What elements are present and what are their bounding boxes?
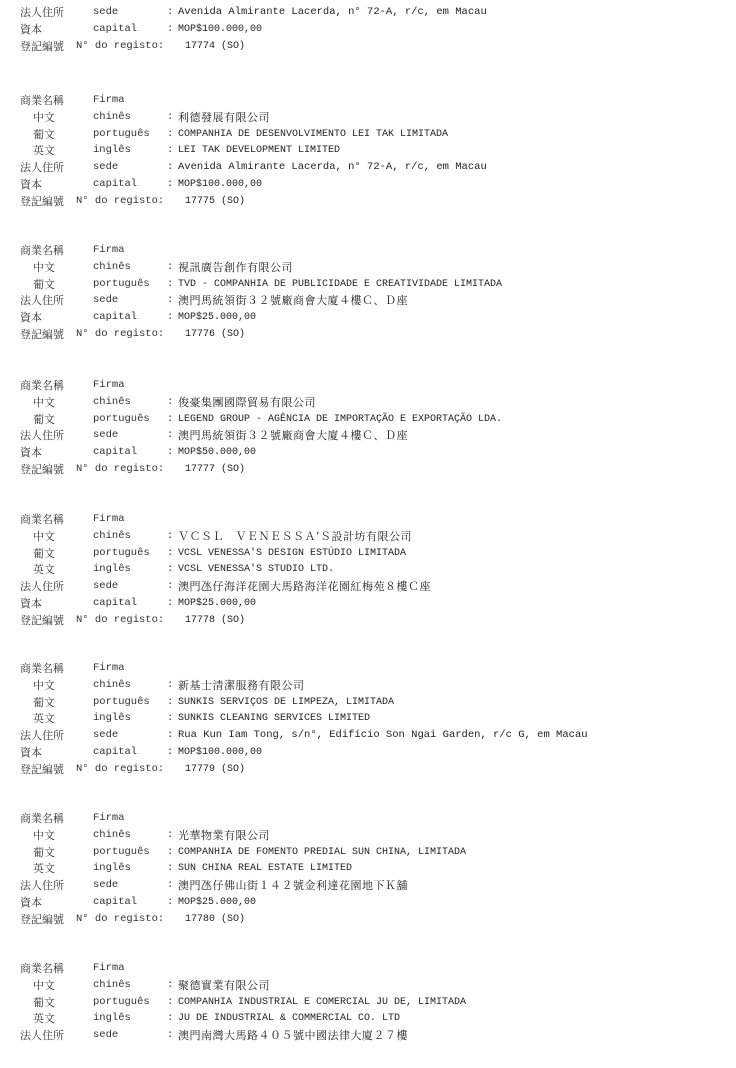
colon-separator: : (167, 877, 173, 894)
chines-value: 視訊廣告創作有限公司 (178, 259, 293, 276)
colon-separator: : (167, 176, 173, 193)
portugues-value: SUNKIS SERVIÇOS DE LIMPEZA, LIMITADA (178, 694, 394, 711)
registo-value: 17775 (SO) (185, 193, 245, 210)
sede-value: Avenida Almirante Lacerda, n° 72-A, r/c,… (178, 4, 487, 21)
firma-label-zh: 商業名稱 (20, 511, 64, 528)
chines-label-pt: chinês (93, 394, 131, 411)
sede-value: 澳門馬統領街３２號廠商會大廈４樓Ｃ、Ｄ座 (178, 292, 408, 309)
firma-label-pt: Firma (93, 377, 125, 394)
colon-separator: : (167, 276, 173, 293)
capital-label-zh: 資本 (20, 176, 42, 193)
sede-label-pt: sede (93, 727, 118, 744)
sede-value: 澳門氹仔海洋花園大馬路海洋花園紅梅苑８樓Ｃ座 (178, 578, 431, 595)
firma-label-pt: Firma (93, 92, 125, 109)
chines-value: 新基士清潔服務有限公司 (178, 677, 305, 694)
ingles-value: SUNKIS CLEANING SERVICES LIMITED (178, 710, 370, 727)
capital-label-pt: capital (93, 176, 137, 193)
capital-label-pt: capital (93, 744, 137, 761)
colon-separator: : (167, 394, 173, 411)
colon-separator: : (167, 528, 173, 545)
ingles-label-pt: inglês (93, 561, 131, 578)
sede-value: 澳門氹仔佛山街１４２號金利達花園地下Ｋ舖 (178, 877, 408, 894)
colon-separator: : (167, 1027, 173, 1044)
capital-label-zh: 資本 (20, 595, 42, 612)
sede-label-zh: 法人住所 (20, 427, 64, 444)
firma-label-zh: 商業名稱 (20, 960, 64, 977)
chines-label-pt: chinês (93, 677, 131, 694)
ingles-value: VCSL VENESSA'S STUDIO LTD. (178, 561, 334, 578)
colon-separator: : (167, 595, 173, 612)
portugues-label-pt: português (93, 545, 150, 562)
registo-label-pt: N° do registo: (76, 193, 164, 210)
registo-label-zh: 登記編號 (20, 38, 64, 55)
portugues-label-zh: 葡文 (33, 994, 55, 1011)
portugues-value: TVD - COMPANHIA DE PUBLICIDADE E CREATIV… (178, 276, 502, 293)
ingles-value: JU DE INDUSTRIAL & COMMERCIAL CO. LTD (178, 1010, 400, 1027)
colon-separator: : (167, 977, 173, 994)
colon-separator: : (167, 561, 173, 578)
portugues-value: COMPANHIA DE FOMENTO PREDIAL SUN CHINA, … (178, 844, 466, 861)
registo-label-pt: N° do registo: (76, 761, 164, 778)
colon-separator: : (167, 159, 173, 176)
registo-value: 17779 (SO) (185, 761, 245, 778)
ingles-label-zh: 英文 (33, 710, 55, 727)
capital-label-zh: 資本 (20, 444, 42, 461)
registo-label-zh: 登記編號 (20, 911, 64, 928)
colon-separator: : (167, 994, 173, 1011)
firma-label-zh: 商業名稱 (20, 377, 64, 394)
ingles-label-zh: 英文 (33, 860, 55, 877)
colon-separator: : (167, 4, 173, 21)
portugues-label-zh: 葡文 (33, 276, 55, 293)
capital-label-zh: 資本 (20, 894, 42, 911)
ingles-label-zh: 英文 (33, 1010, 55, 1027)
sede-value: Rua Kun Iam Tong, s/n°, Edifício Son Nga… (178, 727, 588, 744)
firma-label-zh: 商業名稱 (20, 660, 64, 677)
capital-value: MOP$100.000,00 (178, 21, 262, 38)
colon-separator: : (167, 827, 173, 844)
sede-value: 澳門南灣大馬路４０５號中國法律大廈２７樓 (178, 1027, 408, 1044)
firma-label-pt: Firma (93, 810, 125, 827)
capital-label-pt: capital (93, 595, 137, 612)
capital-label-pt: capital (93, 309, 137, 326)
registo-label-pt: N° do registo: (76, 612, 164, 629)
registo-label-pt: N° do registo: (76, 911, 164, 928)
colon-separator: : (167, 744, 173, 761)
colon-separator: : (167, 309, 173, 326)
portugues-value: COMPANHIA INDUSTRIAL E COMERCIAL JU DE, … (178, 994, 466, 1011)
sede-label-pt: sede (93, 159, 118, 176)
firma-label-pt: Firma (93, 511, 125, 528)
portugues-label-zh: 葡文 (33, 411, 55, 428)
registo-value: 17780 (SO) (185, 911, 245, 928)
capital-label-zh: 資本 (20, 309, 42, 326)
chines-label-pt: chinês (93, 977, 131, 994)
ingles-value: LEI TAK DEVELOPMENT LIMITED (178, 142, 340, 159)
colon-separator: : (167, 109, 173, 126)
colon-separator: : (167, 710, 173, 727)
chines-label-zh: 中文 (33, 827, 55, 844)
firma-label-pt: Firma (93, 660, 125, 677)
colon-separator: : (167, 844, 173, 861)
chines-label-zh: 中文 (33, 677, 55, 694)
colon-separator: : (167, 694, 173, 711)
sede-label-zh: 法人住所 (20, 292, 64, 309)
capital-label-zh: 資本 (20, 744, 42, 761)
chines-label-zh: 中文 (33, 109, 55, 126)
registo-label-zh: 登記編號 (20, 612, 64, 629)
sede-label-zh: 法人住所 (20, 4, 64, 21)
portugues-label-zh: 葡文 (33, 126, 55, 143)
chines-value: 光華物業有限公司 (178, 827, 270, 844)
colon-separator: : (167, 292, 173, 309)
firma-label-zh: 商業名稱 (20, 92, 64, 109)
sede-label-zh: 法人住所 (20, 1027, 64, 1044)
chines-value: 俊豪集團國際貿易有限公司 (178, 394, 316, 411)
chines-label-pt: chinês (93, 528, 131, 545)
capital-value: MOP$25.000,00 (178, 894, 256, 911)
portugues-label-zh: 葡文 (33, 545, 55, 562)
portugues-label-pt: português (93, 126, 150, 143)
portugues-label-pt: português (93, 994, 150, 1011)
registo-label-zh: 登記編號 (20, 461, 64, 478)
chines-label-zh: 中文 (33, 259, 55, 276)
registo-label-pt: N° do registo: (76, 326, 164, 343)
portugues-label-pt: português (93, 411, 150, 428)
colon-separator: : (167, 142, 173, 159)
chines-label-zh: 中文 (33, 977, 55, 994)
ingles-label-zh: 英文 (33, 142, 55, 159)
colon-separator: : (167, 259, 173, 276)
firma-label-zh: 商業名稱 (20, 242, 64, 259)
capital-label-zh: 資本 (20, 21, 42, 38)
capital-label-pt: capital (93, 894, 137, 911)
registo-label-pt: N° do registo: (76, 38, 164, 55)
colon-separator: : (167, 126, 173, 143)
portugues-value: COMPANHIA DE DESENVOLVIMENTO LEI TAK LIM… (178, 126, 448, 143)
chines-label-zh: 中文 (33, 528, 55, 545)
registo-value: 17774 (SO) (185, 38, 245, 55)
sede-label-pt: sede (93, 578, 118, 595)
colon-separator: : (167, 1010, 173, 1027)
chines-label-pt: chinês (93, 827, 131, 844)
registo-label-zh: 登記編號 (20, 193, 64, 210)
colon-separator: : (167, 578, 173, 595)
sede-label-zh: 法人住所 (20, 727, 64, 744)
firma-label-pt: Firma (93, 242, 125, 259)
colon-separator: : (167, 427, 173, 444)
ingles-label-pt: inglês (93, 1010, 131, 1027)
ingles-label-pt: inglês (93, 710, 131, 727)
capital-value: MOP$25.000,00 (178, 309, 256, 326)
registo-label-zh: 登記編號 (20, 326, 64, 343)
sede-label-zh: 法人住所 (20, 159, 64, 176)
capital-value: MOP$25.000,00 (178, 595, 256, 612)
portugues-label-zh: 葡文 (33, 694, 55, 711)
ingles-label-zh: 英文 (33, 561, 55, 578)
firma-label-pt: Firma (93, 960, 125, 977)
registo-label-pt: N° do registo: (76, 461, 164, 478)
sede-label-pt: sede (93, 427, 118, 444)
capital-value: MOP$100.000,00 (178, 176, 262, 193)
chines-value: ＶＣＳＬ ＶＥＮＥＳＳＡ’Ｓ設計坊有限公司 (178, 528, 412, 545)
colon-separator: : (167, 545, 173, 562)
colon-separator: : (167, 860, 173, 877)
ingles-label-pt: inglês (93, 860, 131, 877)
colon-separator: : (167, 727, 173, 744)
colon-separator: : (167, 894, 173, 911)
ingles-value: SUN CHINA REAL ESTATE LIMITED (178, 860, 352, 877)
registo-value: 17777 (SO) (185, 461, 245, 478)
firma-label-zh: 商業名稱 (20, 810, 64, 827)
sede-value: 澳門馬統領街３２號廠商會大廈４樓Ｃ、Ｄ座 (178, 427, 408, 444)
chines-value: 利德發展有限公司 (178, 109, 270, 126)
chines-label-pt: chinês (93, 259, 131, 276)
portugues-value: LEGEND GROUP - AGÊNCIA DE IMPORTAÇÃO E E… (178, 411, 502, 428)
sede-label-pt: sede (93, 4, 118, 21)
sede-label-pt: sede (93, 292, 118, 309)
colon-separator: : (167, 677, 173, 694)
sede-label-zh: 法人住所 (20, 877, 64, 894)
chines-value: 聚德實業有限公司 (178, 977, 270, 994)
sede-label-zh: 法人住所 (20, 578, 64, 595)
portugues-label-pt: português (93, 694, 150, 711)
registo-value: 17778 (SO) (185, 612, 245, 629)
portugues-value: VCSL VENESSA'S DESIGN ESTÚDIO LIMITADA (178, 545, 406, 562)
capital-value: MOP$100.000,00 (178, 744, 262, 761)
ingles-label-pt: inglês (93, 142, 131, 159)
capital-label-pt: capital (93, 444, 137, 461)
colon-separator: : (167, 21, 173, 38)
portugues-label-pt: português (93, 276, 150, 293)
capital-label-pt: capital (93, 21, 137, 38)
chines-label-pt: chinês (93, 109, 131, 126)
registo-value: 17776 (SO) (185, 326, 245, 343)
portugues-label-zh: 葡文 (33, 844, 55, 861)
registo-label-zh: 登記編號 (20, 761, 64, 778)
chines-label-zh: 中文 (33, 394, 55, 411)
capital-value: MOP$50.000,00 (178, 444, 256, 461)
colon-separator: : (167, 444, 173, 461)
sede-label-pt: sede (93, 1027, 118, 1044)
colon-separator: : (167, 411, 173, 428)
sede-label-pt: sede (93, 877, 118, 894)
sede-value: Avenida Almirante Lacerda, n° 72-A, r/c,… (178, 159, 487, 176)
portugues-label-pt: português (93, 844, 150, 861)
